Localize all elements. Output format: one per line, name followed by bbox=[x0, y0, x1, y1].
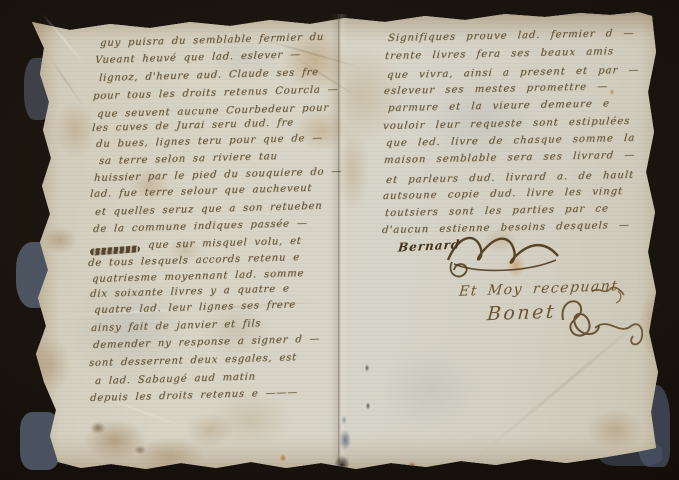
witness-signature: Bonet bbox=[486, 301, 557, 325]
notary-paraph-flourish bbox=[444, 226, 568, 284]
manuscript-scan: guy puisra du semblable fermier du Vuean… bbox=[0, 0, 679, 480]
witness-paraph-flourish bbox=[549, 292, 649, 350]
